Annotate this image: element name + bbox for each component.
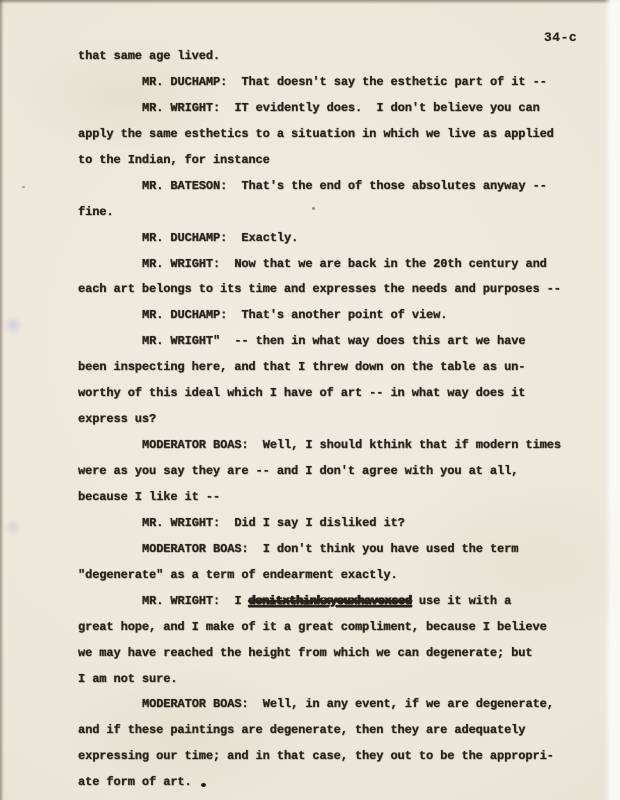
line-text: MODERATOR BOAS: Well, in any event, if w… <box>142 697 554 711</box>
transcript-line: MR. WRIGHT: Now that we are back in the … <box>78 252 584 278</box>
transcript-line: apply the same esthetics to a situation … <box>78 122 584 148</box>
line-text: MR. DUCHAMP: That's another point of vie… <box>142 308 447 322</box>
transcript-line: worthy of this ideal which I have of art… <box>78 381 584 407</box>
page-number: 34-c <box>544 30 577 45</box>
line-text: and if these paintings are degenerate, t… <box>78 723 525 737</box>
scanned-transcript-page: 34-c that same age lived.MR. DUCHAMP: Th… <box>0 0 620 800</box>
transcript-line: fine. <box>78 200 584 226</box>
line-text: expressing our time; and in that case, t… <box>78 749 554 763</box>
ink-speck <box>22 186 25 188</box>
line-text: ate form of art. <box>78 775 192 789</box>
transcript-line: MR. DUCHAMP: That doesn't say the esthet… <box>78 70 584 96</box>
transcript-line: ate form of art. <box>78 770 584 796</box>
transcript-line: MR. WRIGHT: I donitxthinkxyouxhavexsed u… <box>78 589 584 615</box>
transcript-line: each art belongs to its time and express… <box>78 277 584 303</box>
transcript-line: and if these paintings are degenerate, t… <box>78 718 584 744</box>
transcript-line: express us? <box>78 407 584 433</box>
transcript-line: I am not sure. <box>78 667 584 693</box>
transcript-line: MODERATOR BOAS: Well, in any event, if w… <box>78 692 584 718</box>
line-text: each art belongs to its time and express… <box>78 282 561 296</box>
transcript-line: MODERATOR BOAS: I don't think you have u… <box>78 537 584 563</box>
line-text: MR. WRIGHT" -- then in what way does thi… <box>142 334 525 348</box>
line-text: MODERATOR BOAS: I don't think you have u… <box>142 542 518 556</box>
line-text: MR. WRIGHT: IT evidently does. I don't b… <box>142 101 540 115</box>
line-text: "degenerate" as a term of endearment exa… <box>78 568 398 582</box>
line-text: express us? <box>78 412 156 426</box>
ink-speck <box>312 207 315 210</box>
line-text: fine. <box>78 205 114 219</box>
transcript-line: MR. WRIGHT: Did I say I disliked it? <box>78 511 584 537</box>
transcript-line: were as you say they are -- and I don't … <box>78 459 584 485</box>
transcript-line: we may have reached the height from whic… <box>78 641 584 667</box>
line-text: MR. BATESON: That's the end of those abs… <box>142 179 547 193</box>
line-text: MR. WRIGHT: Did I say I disliked it? <box>142 516 405 530</box>
line-text: were as you say they are -- and I don't … <box>78 464 518 478</box>
line-text: use it with a <box>412 594 511 608</box>
line-text: MR. DUCHAMP: That doesn't say the esthet… <box>142 75 547 89</box>
transcript-line: MR. DUCHAMP: That's another point of vie… <box>78 303 584 329</box>
line-text: apply the same esthetics to a situation … <box>78 127 554 141</box>
line-text: worthy of this ideal which I have of art… <box>78 386 525 400</box>
line-text: we may have reached the height from whic… <box>78 646 532 660</box>
transcript-line: MODERATOR BOAS: Well, I should kthink th… <box>78 433 584 459</box>
line-text: to the Indian, for instance <box>78 153 270 167</box>
line-text: MR. WRIGHT: Now that we are back in the … <box>142 257 547 271</box>
transcript-line: because I like it -- <box>78 485 584 511</box>
line-text: great hope, and I make of it a great com… <box>78 620 547 634</box>
line-text: been inspecting here, and that I threw d… <box>78 360 525 374</box>
line-text: I am not sure. <box>78 672 177 686</box>
ink-speck <box>201 783 206 787</box>
transcript-line: MR. DUCHAMP: Exactly. <box>78 226 584 252</box>
line-text: because I like it -- <box>78 490 220 504</box>
line-text: that same age lived. <box>78 49 220 63</box>
transcript-line: to the Indian, for instance <box>78 148 584 174</box>
transcript-text-block: that same age lived.MR. DUCHAMP: That do… <box>78 44 584 796</box>
transcript-line: that same age lived. <box>78 44 584 70</box>
line-text: MR. DUCHAMP: Exactly. <box>142 231 298 245</box>
transcript-line: expressing our time; and in that case, t… <box>78 744 584 770</box>
transcript-line: MR. BATESON: That's the end of those abs… <box>78 174 584 200</box>
transcript-line: MR. WRIGHT: IT evidently does. I don't b… <box>78 96 584 122</box>
line-text: MR. WRIGHT: I <box>142 594 249 608</box>
line-text: MODERATOR BOAS: Well, I should kthink th… <box>142 438 561 452</box>
overstruck-text: donitxthinkxyouxhavexsed <box>249 594 412 608</box>
transcript-line: great hope, and I make of it a great com… <box>78 615 584 641</box>
transcript-line: been inspecting here, and that I threw d… <box>78 355 584 381</box>
transcript-line: MR. WRIGHT" -- then in what way does thi… <box>78 329 584 355</box>
transcript-line: "degenerate" as a term of endearment exa… <box>78 563 584 589</box>
